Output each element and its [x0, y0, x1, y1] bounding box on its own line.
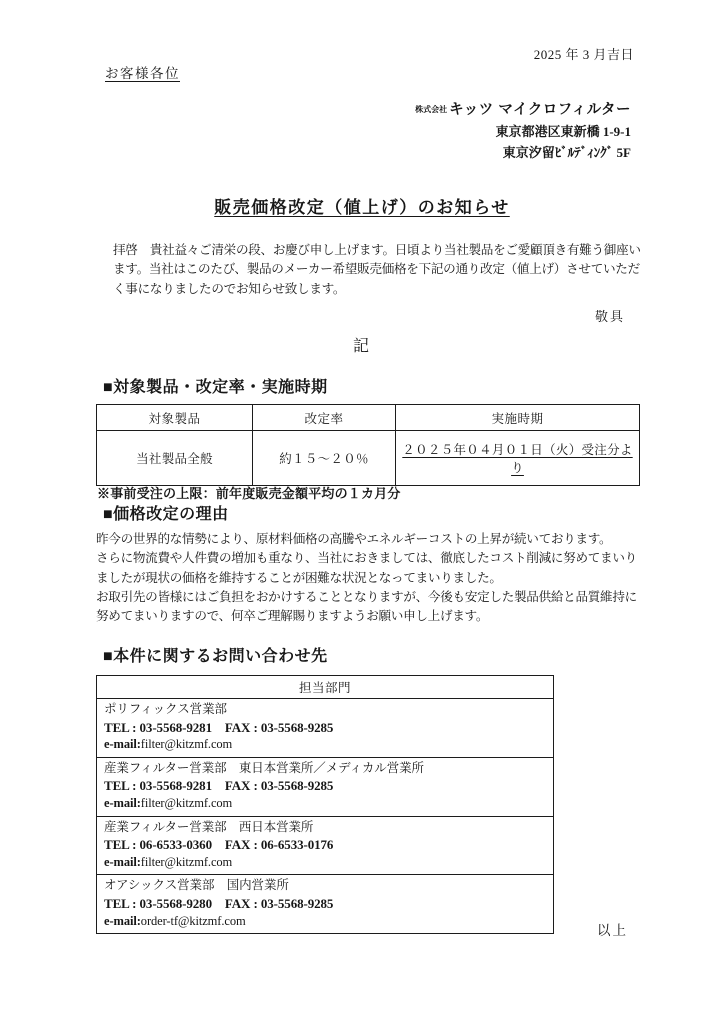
- email-label: e-mail:: [104, 855, 141, 869]
- email-address: filter@kitzmf.com: [141, 855, 232, 869]
- recipient: お客様各位: [105, 62, 180, 82]
- company-address-line2: 東京汐留ﾋﾞﾙﾃﾞｨﾝｸﾞ 5F: [415, 142, 631, 163]
- email-line: e-mail:filter@kitzmf.com: [104, 795, 546, 813]
- tel-fax-line: TEL : 03-5568-9280 FAX : 03-5568-9285: [104, 895, 546, 913]
- document-date: 2025 年 3 月吉日: [534, 44, 634, 63]
- contact-table: 担当部門 ポリフィックス営業部 TEL : 03-5568-9281 FAX :…: [96, 675, 554, 934]
- table-row: 当社製品全般 約１５～２０％ ２０２５年０４月０１日（火）受注分より: [97, 431, 640, 486]
- section-heading-contact: ■本件に関するお問い合わせ先: [103, 643, 328, 666]
- tel-fax-line: TEL : 06-6533-0360 FAX : 06-6533-0176: [104, 836, 546, 854]
- contact-row: 産業フィルター営業部 東日本営業所／メディカル営業所 TEL : 03-5568…: [97, 757, 554, 816]
- company-prefix: 株式会社: [415, 105, 447, 114]
- contact-row: ポリフィックス営業部 TEL : 03-5568-9281 FAX : 03-5…: [97, 699, 554, 758]
- reason-paragraph: 昨今の世界的な情勢により、原材料価格の高騰やエネルギーコストの上昇が続いておりま…: [96, 530, 637, 626]
- reason-line: お取引先の皆様にはご負担をおかけすることとなりますが、今後も安定した製品供給と品…: [96, 588, 637, 607]
- department-name: 産業フィルター営業部 東日本営業所／メディカル営業所: [104, 760, 546, 778]
- company-name-line: 株式会社キッツ マイクロフィルター: [415, 99, 631, 121]
- cell-product: 当社製品全般: [97, 431, 253, 486]
- greeting-line: ます。当社はこのたび、製品のメーカー希望販売価格を下記の通り改定（値上げ）させて…: [113, 260, 641, 279]
- document-title: 販売価格改定（値上げ）のお知らせ: [0, 193, 724, 218]
- cell-rate: 約１５～２０％: [253, 431, 396, 486]
- document-page: 2025 年 3 月吉日 お客様各位 株式会社キッツ マイクロフィルター 東京都…: [0, 0, 724, 1024]
- reason-line: 努めてまいりますので、何卒ご理解賜りますようお願い申し上げます。: [96, 607, 637, 626]
- reason-line: ましたが現状の価格を維持することが困難な状況となってまいりました。: [96, 569, 637, 588]
- col-header-timing: 実施時期: [396, 405, 640, 431]
- ki-marker: 記: [0, 333, 724, 356]
- tel-fax-line: TEL : 03-5568-9281 FAX : 03-5568-9285: [104, 719, 546, 737]
- contact-header-row: 担当部門: [97, 676, 554, 699]
- footer-ijo: 以上: [597, 919, 628, 939]
- contact-cell: ポリフィックス営業部 TEL : 03-5568-9281 FAX : 03-5…: [97, 699, 554, 758]
- contact-cell: 産業フィルター営業部 東日本営業所／メディカル営業所 TEL : 03-5568…: [97, 757, 554, 816]
- reason-line: さらに物流費や人件費の増加も重なり、当社におきましては、徹底したコスト削減に努め…: [96, 549, 637, 568]
- preorder-note: ※事前受注の上限：前年度販売金額平均の１カ月分: [97, 483, 401, 502]
- section-heading-products: ■対象製品・改定率・実施時期: [103, 374, 328, 397]
- cell-timing: ２０２５年０４月０１日（火）受注分より: [396, 431, 640, 486]
- department-name: ポリフィックス営業部: [104, 701, 546, 719]
- table-header-row: 対象製品 改定率 実施時期: [97, 405, 640, 431]
- contact-col-header: 担当部門: [97, 676, 554, 699]
- greeting-paragraph: 拝啓 貴社益々ご清栄の段、お慶び申し上げます。日頃より当社製品をご愛顧頂き有難う…: [113, 241, 641, 299]
- greeting-line: く事になりましたのでお知らせ致します。: [113, 280, 641, 299]
- department-name: オアシックス営業部 国内営業所: [104, 877, 546, 895]
- greeting-line: 拝啓 貴社益々ご清栄の段、お慶び申し上げます。日頃より当社製品をご愛顧頂き有難う…: [113, 241, 641, 260]
- contact-row: 産業フィルター営業部 西日本営業所 TEL : 06-6533-0360 FAX…: [97, 816, 554, 875]
- cell-timing-text: ２０２５年０４月０１日（火）受注分より: [402, 443, 632, 475]
- department-name: 産業フィルター営業部 西日本営業所: [104, 819, 546, 837]
- document-title-text: 販売価格改定（値上げ）のお知らせ: [214, 198, 510, 217]
- email-line: e-mail:order-tf@kitzmf.com: [104, 913, 546, 931]
- recipient-text: お客様各位: [105, 66, 180, 81]
- email-address: filter@kitzmf.com: [141, 737, 232, 751]
- contact-row: オアシックス営業部 国内営業所 TEL : 03-5568-9280 FAX :…: [97, 875, 554, 934]
- col-header-product: 対象製品: [97, 405, 253, 431]
- email-address: order-tf@kitzmf.com: [141, 914, 246, 928]
- col-header-rate: 改定率: [253, 405, 396, 431]
- email-label: e-mail:: [104, 737, 141, 751]
- email-line: e-mail:filter@kitzmf.com: [104, 736, 546, 754]
- email-label: e-mail:: [104, 914, 141, 928]
- email-address: filter@kitzmf.com: [141, 796, 232, 810]
- tel-fax-line: TEL : 03-5568-9281 FAX : 03-5568-9285: [104, 777, 546, 795]
- sender-block: 株式会社キッツ マイクロフィルター 東京都港区東新橋 1-9-1 東京汐留ﾋﾞﾙ…: [415, 99, 631, 163]
- section-heading-reason: ■価格改定の理由: [103, 501, 229, 524]
- email-label: e-mail:: [104, 796, 141, 810]
- contact-cell: オアシックス営業部 国内営業所 TEL : 03-5568-9280 FAX :…: [97, 875, 554, 934]
- reason-line: 昨今の世界的な情勢により、原材料価格の高騰やエネルギーコストの上昇が続いておりま…: [96, 530, 637, 549]
- closing-keigu: 敬具: [595, 306, 625, 325]
- company-address-line1: 東京都港区東新橋 1-9-1: [415, 121, 631, 142]
- email-line: e-mail:filter@kitzmf.com: [104, 854, 546, 872]
- contact-cell: 産業フィルター営業部 西日本営業所 TEL : 06-6533-0360 FAX…: [97, 816, 554, 875]
- price-revision-table: 対象製品 改定率 実施時期 当社製品全般 約１５～２０％ ２０２５年０４月０１日…: [96, 404, 640, 486]
- company-name: キッツ マイクロフィルター: [449, 102, 631, 118]
